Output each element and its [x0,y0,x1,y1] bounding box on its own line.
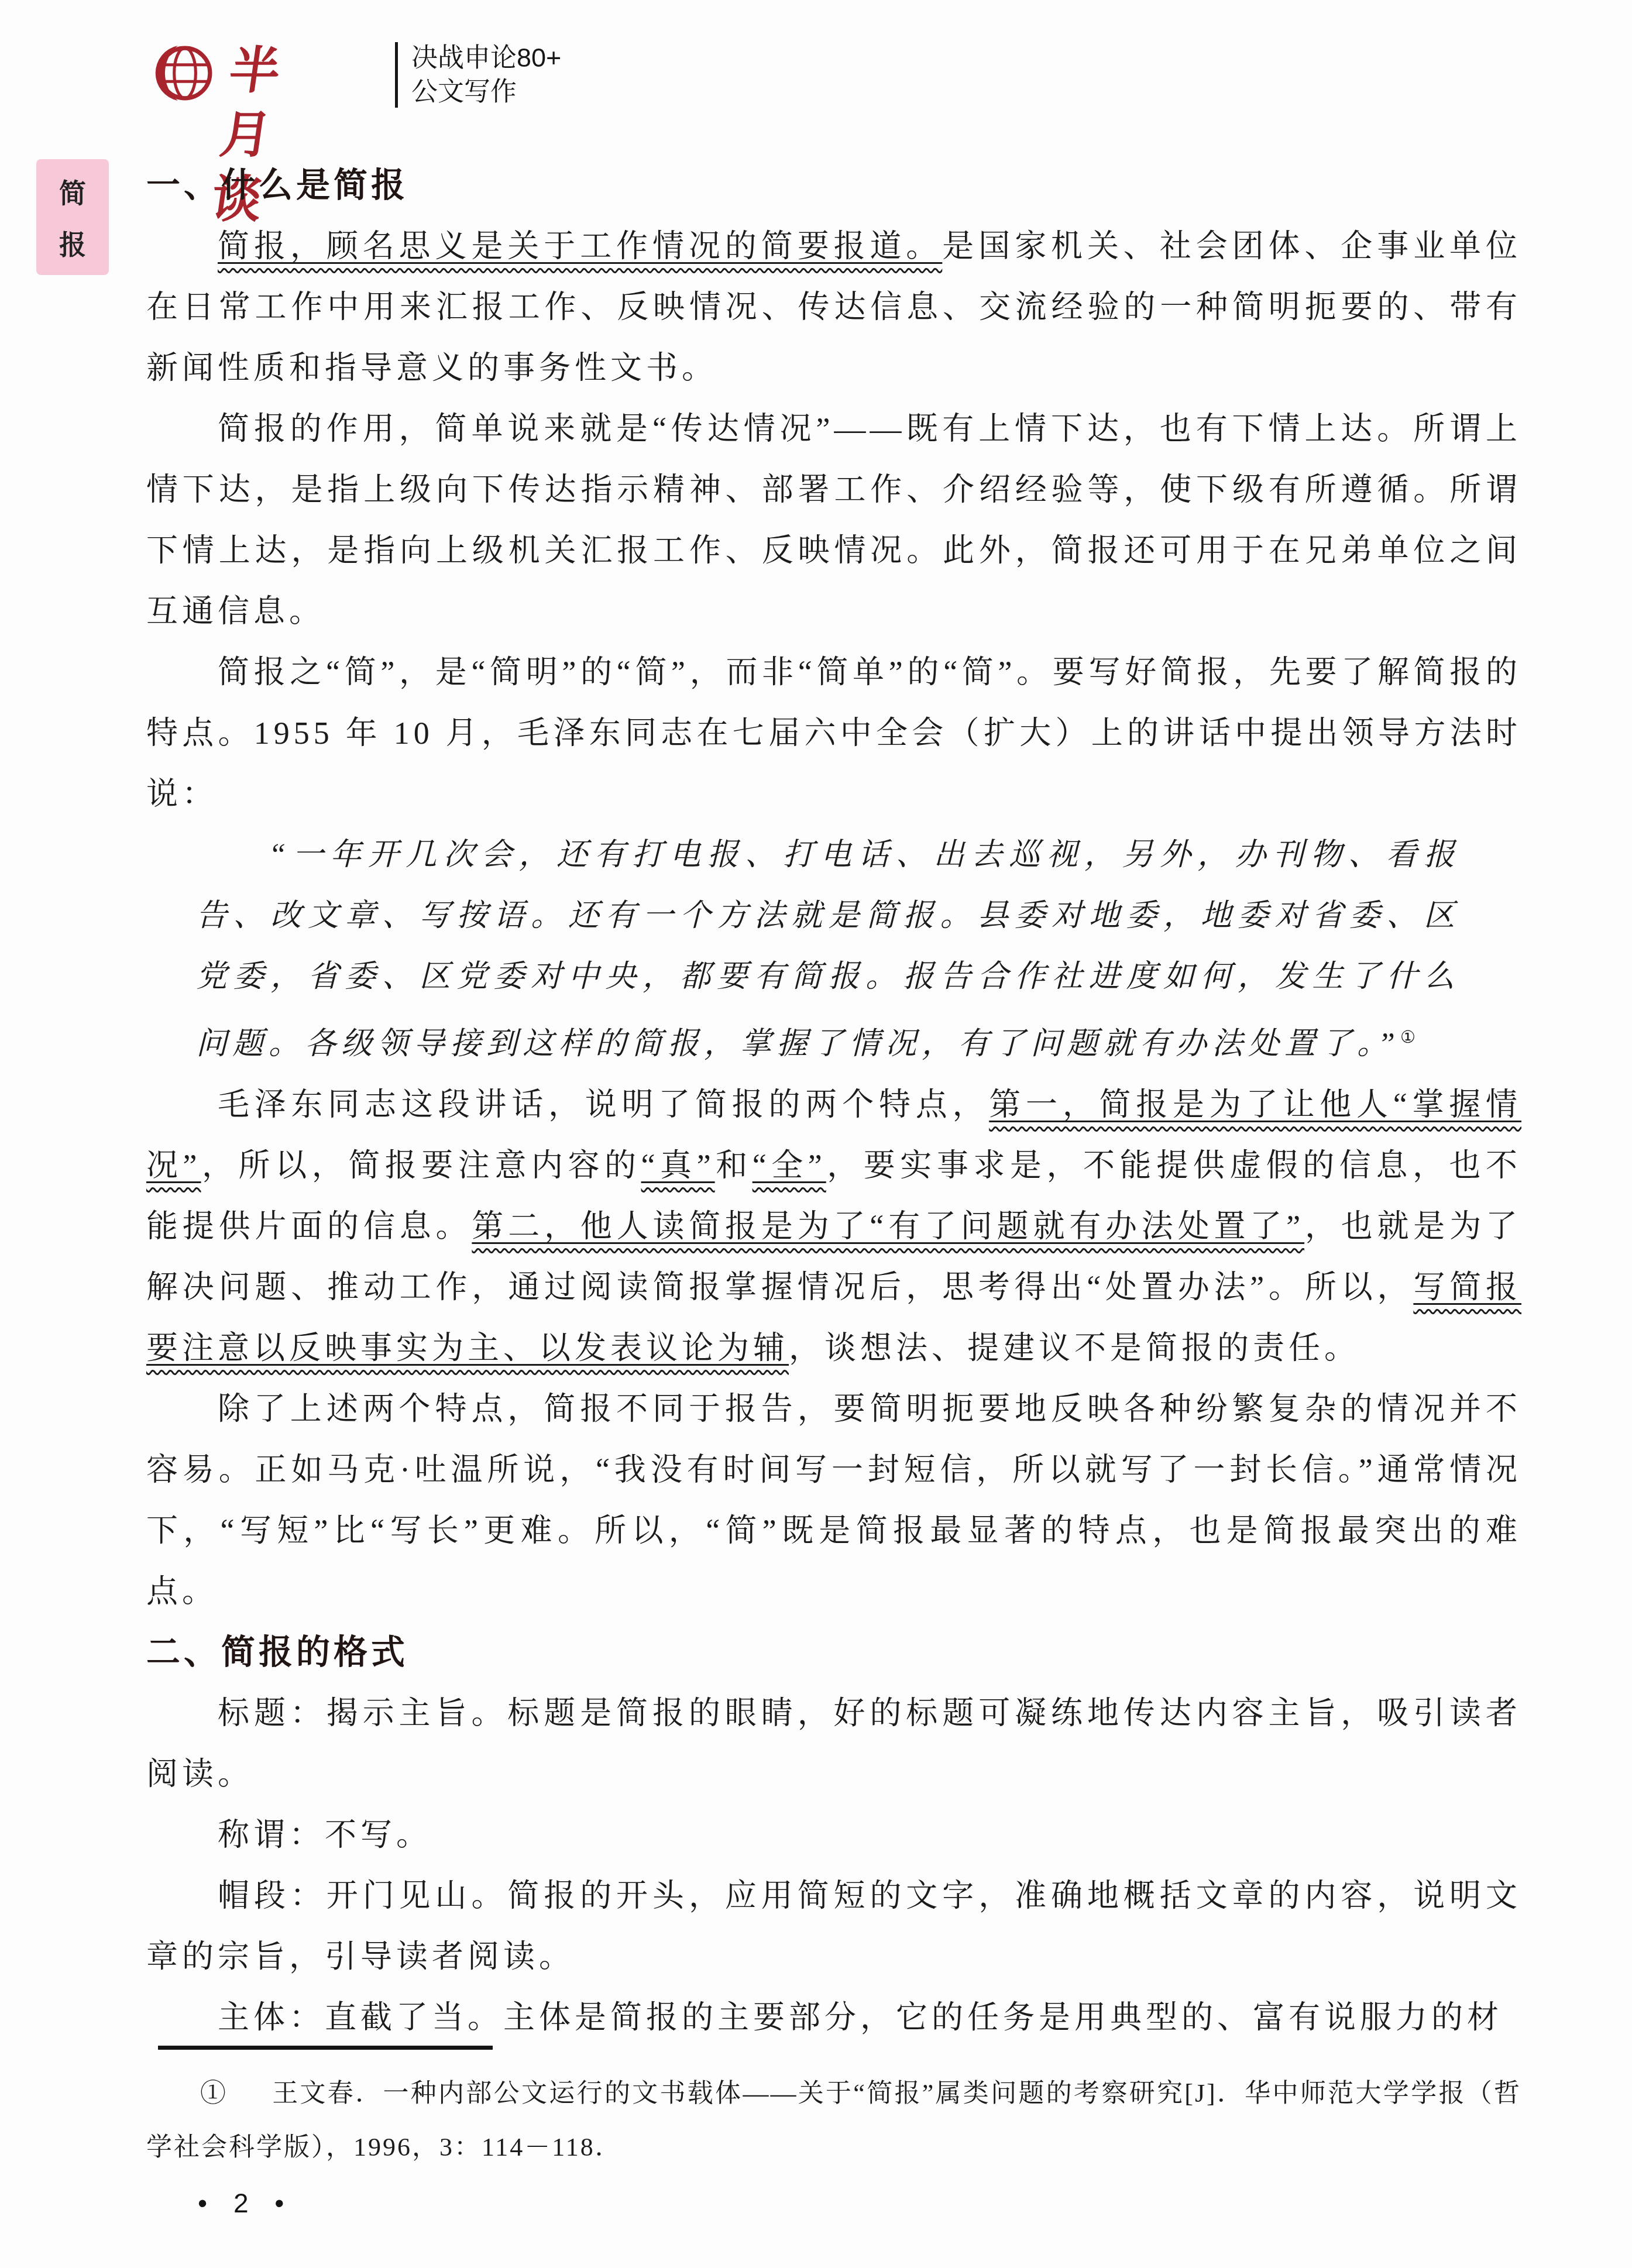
emphasized-text-segment: “全” [753,1148,826,1183]
emphasized-text-segment: 简报，顾名思义是关于工作情况的简要报道。 [218,229,942,264]
tagline-line2: 公文写作 [411,75,561,109]
content: 一、什么是简报简报，顾名思义是关于工作情况的简要报道。是国家机关、社会团体、企事… [146,155,1521,2048]
footnote-marker: ① [200,2079,228,2108]
text-segment: “一年开几次会，还有打电报、打电话、出去巡视，另外，办刊物、看报告、改文章、写按… [196,838,1460,1061]
text-segment: 简报之“简”，是“简明”的“简”，而非“简单”的“简”。要写好简报，先要了解简报… [146,655,1521,812]
banyuetan-globe-icon [154,43,214,103]
emphasized-text-segment: “真” [641,1148,715,1183]
paragraph: 帽段：开门见山。简报的开头，应用简短的文字，准确地概括文章的内容，说明文章的宗旨… [146,1865,1521,1987]
emphasized-text-segment-inner: 第二，他人读简报是为了“有了问题就有办法处置了” [472,1209,1304,1244]
tagline-line1: 决战申论80+ [411,41,561,75]
footnote-reference-mark: ① [1400,1028,1415,1047]
emphasized-text-segment-inner: “全” [753,1148,826,1183]
side-tab-char: 报 [59,224,86,262]
text-segment: ，谈想法、提建议不是简报的责任。 [789,1331,1360,1366]
paragraph: 主体：直截了当。主体是简报的主要部分，它的任务是用典型的、富有说服力的材 [146,1987,1521,2048]
text-segment: ，所以，简报要注意内容的 [201,1148,641,1183]
text-segment: 和 [715,1148,753,1183]
text-segment: 标题：揭示主旨。标题是简报的眼睛，好的标题可凝练地传达内容主旨，吸引读者阅读。 [146,1696,1521,1792]
text-segment: 主体：直截了当。主体是简报的主要部分，它的任务是用典型的、富有说服力的材 [218,2000,1503,2035]
section-heading: 二、简报的格式 [146,1622,1521,1683]
page-number: • 2 • [198,2187,293,2219]
text-segment: 简报的作用，简单说来就是“传达情况”——既有上情下达，也有下情上达。所谓上情下达… [146,411,1521,629]
text-segment: 帽段：开门见山。简报的开头，应用简短的文字，准确地概括文章的内容，说明文章的宗旨… [146,1878,1521,1974]
text-segment: 一、什么是简报 [146,166,408,204]
emphasized-text-segment: 第二，他人读简报是为了“有了问题就有办法处置了” [472,1209,1304,1244]
paragraph: 简报的作用，简单说来就是“传达情况”——既有上情下达，也有下情上达。所谓上情下达… [146,398,1521,642]
paragraph: 毛泽东同志这段讲话，说明了简报的两个特点，第一，简报是为了让他人“掌握情况”，所… [146,1074,1521,1379]
footnote-divider [158,2046,493,2050]
header-divider [395,42,398,108]
paragraph: 除了上述两个特点，简报不同于报告，要简明扼要地反映各种纷繁复杂的情况并不容易。正… [146,1379,1521,1622]
emphasized-text-segment-inner: “真” [641,1148,715,1183]
text-segment: 称谓：不写。 [218,1817,432,1853]
text-segment: 毛泽东同志这段讲话，说明了简报的两个特点， [218,1087,989,1122]
side-tab-char: 简 [59,172,86,211]
text-segment: 二、简报的格式 [146,1633,408,1671]
quote-block: “一年开几次会，还有打电报、打电话、出去巡视，另外，办刊物、看报告、改文章、写按… [196,824,1460,1074]
emphasized-text-segment-inner: 简报，顾名思义是关于工作情况的简要报道。 [218,229,942,264]
chapter-side-tab: 简 报 [36,159,109,275]
footnote: ① 王文春．一种内部公文运行的文书载体——关于“简报”属类问题的考察研究[J]．… [146,2067,1521,2174]
text-segment: 除了上述两个特点，简报不同于报告，要简明扼要地反映各种纷繁复杂的情况并不容易。正… [146,1391,1521,1609]
section-heading: 一、什么是简报 [146,155,1521,216]
paragraph: 简报之“简”，是“简明”的“简”，而非“简单”的“简”。要写好简报，先要了解简报… [146,642,1521,824]
paragraph: 简报，顾名思义是关于工作情况的简要报道。是国家机关、社会团体、企事业单位在日常工… [146,216,1521,398]
paragraph: 标题：揭示主旨。标题是简报的眼睛，好的标题可凝练地传达内容主旨，吸引读者阅读。 [146,1683,1521,1805]
footnote-text: 王文春．一种内部公文运行的文书载体——关于“简报”属类问题的考察研究[J]．华中… [146,2079,1521,2162]
paragraph: 称谓：不写。 [146,1805,1521,1865]
header-taglines: 决战申论80+ 公文写作 [411,41,561,109]
